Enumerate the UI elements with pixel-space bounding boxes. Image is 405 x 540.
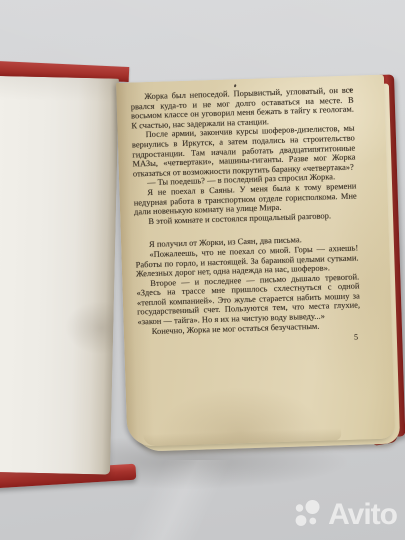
paragraph: Второе — и последнее — письмо дышало тре… xyxy=(136,272,360,327)
book-body-text: Жорка был непоседой. Порывистый, угловат… xyxy=(130,86,361,350)
avito-wordmark: Avito xyxy=(328,498,397,532)
ink-speck xyxy=(234,84,237,87)
printed-right-page: Жорка был непоседой. Порывистый, угловат… xyxy=(116,75,395,447)
paragraph: После армии, закончив курсы шоферов-дизе… xyxy=(132,124,356,179)
book-product-photo: Жорка был непоседой. Порывистый, угловат… xyxy=(0,0,405,540)
blank-left-page xyxy=(0,76,119,475)
avito-watermark: Avito xyxy=(291,497,397,533)
avito-logo-icon xyxy=(291,498,325,532)
